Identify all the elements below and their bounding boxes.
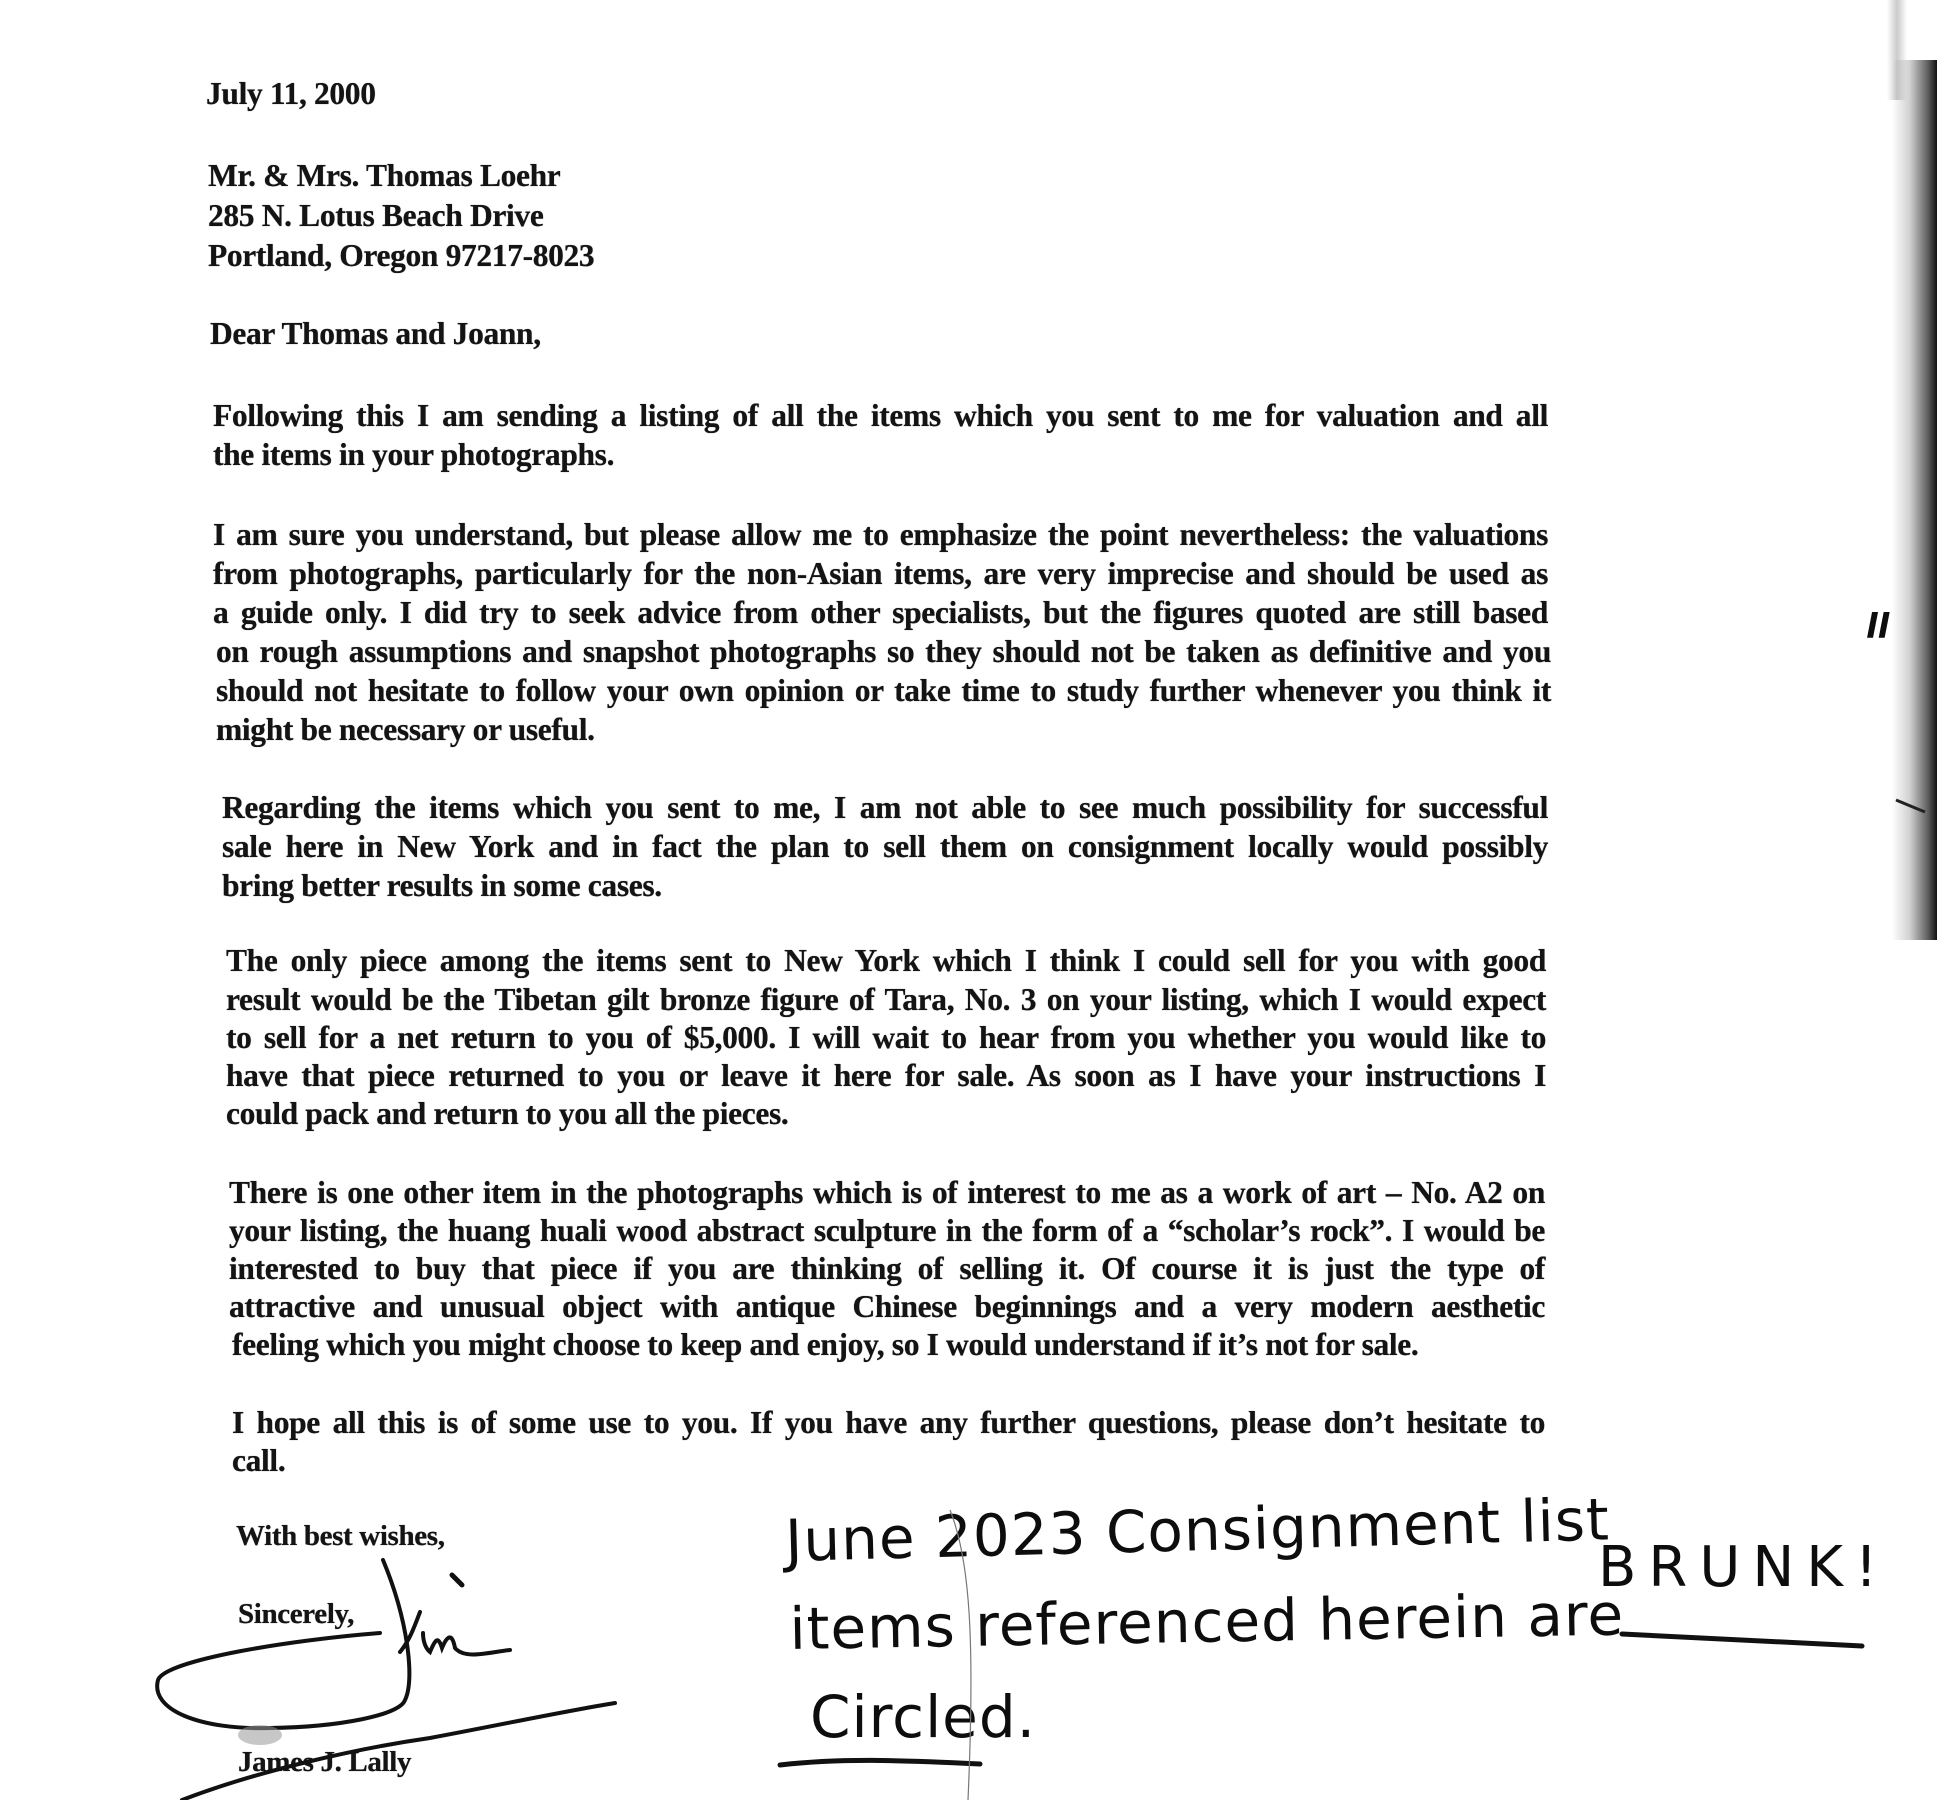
paragraph-line: could pack and return to you all the pie…	[226, 1098, 788, 1130]
paragraph-line: I am sure you understand, but please all…	[213, 519, 1548, 551]
signature-dot	[452, 1575, 462, 1585]
closing-sincerely: Sincerely,	[238, 1600, 354, 1629]
paragraph-line: bring better results in some cases.	[222, 870, 662, 902]
signature-jim	[400, 1612, 510, 1654]
salutation: Dear Thomas and Joann,	[210, 318, 541, 350]
paragraph-line: result would be the Tibetan gilt bronze …	[226, 984, 1546, 1016]
ink-smudge	[238, 1725, 282, 1745]
paragraph-line: Regarding the items which you sent to me…	[222, 792, 1548, 824]
letter-date: July 11, 2000	[206, 78, 376, 110]
recipient-name: Mr. & Mrs. Thomas Loehr	[208, 160, 560, 192]
closing-best-wishes: With best wishes,	[236, 1522, 445, 1551]
paragraph-line: There is one other item in the photograp…	[229, 1177, 1545, 1209]
paragraph-line: call.	[232, 1445, 285, 1477]
paragraph-line: a guide only. I did try to seek advice f…	[213, 597, 1548, 629]
paragraph-line: attractive and unusual object with antiq…	[229, 1291, 1545, 1323]
brunk-underline	[1622, 1634, 1862, 1646]
paragraph-line: on rough assumptions and snapshot photog…	[216, 636, 1551, 668]
scan-edge-shadow	[1892, 60, 1937, 940]
paragraph-line: might be necessary or useful.	[216, 714, 595, 746]
margin-mark: ll	[1866, 610, 1889, 644]
paragraph-line: I hope all this is of some use to you. I…	[232, 1407, 1545, 1439]
note-line-1: June 2023 Consignment list	[784, 1490, 1610, 1570]
paragraph-line: the items in your photographs.	[213, 439, 614, 471]
paragraph-line: Following this I am sending a listing of…	[213, 400, 1548, 432]
brunk-note: BRUNK!	[1598, 1540, 1889, 1596]
paragraph-line: sale here in New York and in fact the pl…	[222, 831, 1548, 863]
paragraph-line: to sell for a net return to you of $5,00…	[226, 1022, 1546, 1054]
signer-name: James J. Lally	[238, 1748, 411, 1777]
paragraph-line: should not hesitate to follow your own o…	[216, 675, 1551, 707]
recipient-street: 285 N. Lotus Beach Drive	[208, 200, 543, 232]
paragraph-line: interested to buy that piece if you are …	[229, 1253, 1545, 1285]
recipient-city: Portland, Oregon 97217-8023	[208, 240, 594, 272]
paragraph-line: from photographs, particularly for the n…	[213, 558, 1548, 590]
note-line-3: Circled.	[810, 1688, 1036, 1746]
note-line-2: items referenced herein are	[789, 1585, 1625, 1658]
paragraph-line: feeling which you might choose to keep a…	[232, 1329, 1418, 1361]
paragraph-line: have that piece returned to you or leave…	[226, 1060, 1546, 1092]
signature-loop	[157, 1560, 409, 1728]
note-underline	[780, 1760, 980, 1765]
paragraph-line: The only piece among the items sent to N…	[226, 945, 1546, 977]
paragraph-line: your listing, the huang huali wood abstr…	[229, 1215, 1545, 1247]
scan-edge-top	[1887, 0, 1907, 100]
